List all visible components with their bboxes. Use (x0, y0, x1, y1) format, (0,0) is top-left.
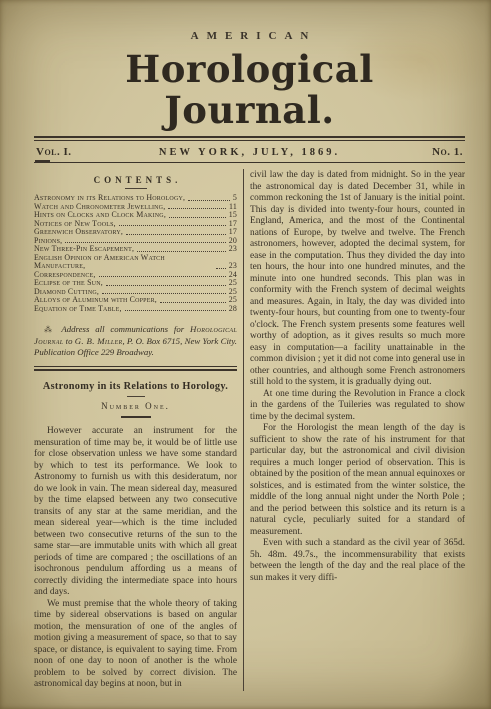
contents-entry: Equation of Time Table, 28 (34, 305, 237, 314)
dot-leader (99, 276, 226, 277)
left-column: CONTENTS. Astronomy in its Relations to … (34, 169, 237, 690)
contents-list: Astronomy in its Relations to Horology, … (34, 194, 237, 313)
masthead-kicker: AMERICAN (34, 30, 465, 42)
dot-leader (102, 293, 226, 294)
number-rule (121, 416, 151, 418)
dot-leader (119, 225, 226, 226)
contents-heading: CONTENTS. (34, 175, 237, 185)
article-body-left: However accurate an instrument for the m… (34, 426, 237, 691)
dot-leader (188, 200, 230, 201)
publisher-name: G. B. Miller (75, 336, 123, 346)
paragraph: However accurate an instrument for the m… (34, 426, 237, 599)
contents-entry-label: Equation of Time Table, (34, 305, 122, 314)
publisher-address-note: ⁂ Address all communications for Horolog… (34, 324, 237, 357)
printer-margin-mark (35, 160, 50, 163)
volume-label: Vol. I. (36, 146, 106, 158)
issue-number: No. 1. (393, 146, 463, 158)
contents-entry: Greenwich Observatory, 17 (34, 228, 237, 237)
contents-entry: English Opinion of American Watch Manufa… (34, 254, 237, 271)
masthead-rule (34, 136, 465, 141)
paragraph: We must premise that the whole theory of… (34, 599, 237, 691)
dot-leader (125, 310, 226, 311)
address-note-text: Address all communications for (56, 324, 190, 334)
right-column: civil law the day is dated from midnight… (250, 169, 465, 690)
contents-entry-page: 23 (229, 245, 237, 254)
dot-leader (126, 234, 226, 235)
paragraph: At one time during the Revolution in Fra… (250, 389, 465, 424)
section-divider-rule (34, 366, 237, 371)
issue-dateline: NEW YORK, JULY, 1869. (106, 147, 393, 158)
paragraph: Even with such a standard as the civil y… (250, 538, 465, 584)
article-body-right: civil law the day is dated from midnight… (250, 170, 465, 584)
dot-leader (169, 217, 226, 218)
contents-entry-page: 28 (229, 305, 237, 314)
article-number: Number One. (34, 401, 237, 411)
dot-leader (65, 242, 225, 243)
article-title: Astronomy in its Relations to Horology. (34, 381, 237, 392)
dot-leader (160, 302, 226, 303)
address-note-text: to (63, 336, 74, 346)
contents-rule (125, 188, 147, 189)
dot-leader (216, 268, 226, 269)
dot-leader (168, 208, 226, 209)
dot-leader (106, 285, 226, 286)
paragraph: civil law the day is dated from midnight… (250, 170, 465, 389)
masthead-title: Horological Journal. (34, 49, 465, 130)
column-rule (243, 169, 244, 690)
dateline: Vol. I. NEW YORK, JULY, 1869. No. 1. (34, 146, 465, 158)
journal-page: AMERICAN Horological Journal. Vol. I. NE… (0, 0, 491, 709)
paragraph: For the Horologist the mean length of th… (250, 423, 465, 538)
two-column-body: CONTENTS. Astronomy in its Relations to … (34, 169, 465, 690)
contents-entry-label: English Opinion of American Watch Manufa… (34, 254, 213, 271)
asterism-mark: ⁂ (44, 325, 56, 334)
dot-leader (137, 251, 226, 252)
dateline-rule (34, 162, 465, 163)
title-rule (127, 396, 145, 397)
